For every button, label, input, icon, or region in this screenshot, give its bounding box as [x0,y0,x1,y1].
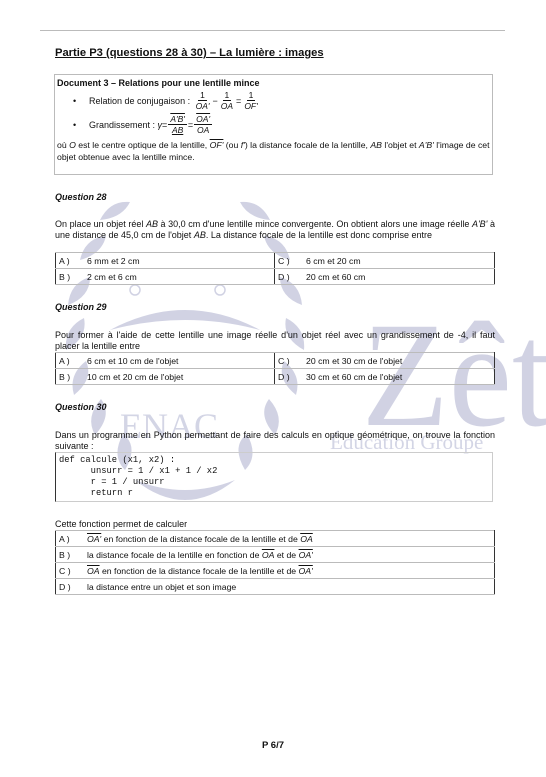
answer-row: A ) 6 mm et 2 cm C ) 6 cm et 20 cm [56,253,495,269]
answer-d-letter[interactable]: D ) [275,369,304,385]
answer-b-text[interactable]: 2 cm et 6 cm [84,269,275,285]
bullet-icon: • [73,120,89,130]
answer-row: B ) 10 cm et 20 cm de l'objet D ) 30 cm … [56,369,495,385]
document-3-box: Document 3 – Relations pour une lentille… [54,74,493,175]
answer-a-text[interactable]: 6 cm et 10 cm de l'objet [84,353,275,369]
answer-c-letter[interactable]: C ) [275,353,304,369]
question-28-text: On place un objet réel AB à 30,0 cm d'un… [55,219,495,241]
answer-c-letter[interactable]: C ) [56,563,85,579]
answer-row: C ) OA en fonction de la distance focale… [56,563,495,579]
answer-d-text[interactable]: 30 cm et 60 cm de l'objet [303,369,495,385]
answer-d-text[interactable]: 20 cm et 60 cm [303,269,495,285]
answer-c-letter[interactable]: C ) [275,253,304,269]
answer-a-letter[interactable]: A ) [56,253,85,269]
question-30-answers: A ) OA' en fonction de la distance focal… [55,530,495,595]
answer-d-letter[interactable]: D ) [275,269,304,285]
answer-a-text[interactable]: OA' en fonction de la distance focale de… [84,531,495,547]
grandissement-label: Grandissement : [89,120,155,130]
answer-a-letter[interactable]: A ) [56,353,85,369]
question-28-title: Question 28 [55,192,107,202]
document-title: Document 3 – Relations pour une lentille… [57,78,490,88]
answer-c-text[interactable]: 20 cm et 30 cm de l'objet [303,353,495,369]
answer-row: B ) 2 cm et 6 cm D ) 20 cm et 60 cm [56,269,495,285]
question-29-title: Question 29 [55,302,107,312]
question-30-title: Question 30 [55,402,107,412]
top-rule [40,30,505,31]
answer-row: B ) la distance focale de la lentille en… [56,547,495,563]
answer-b-text[interactable]: la distance focale de la lentille en fon… [84,547,495,563]
question-29-text: Pour former à l'aide de cette lentille u… [55,330,495,352]
answer-c-text[interactable]: OA en fonction de la distance focale de … [84,563,495,579]
question-30-text: Dans un programme en Python permettant d… [55,430,495,452]
grandissement-relation: • Grandissement : γ = A'B'AB = OA'OA [73,114,490,136]
answer-d-letter[interactable]: D ) [56,579,85,595]
document-note: où O est le centre optique de la lentill… [57,139,490,163]
answer-row: A ) 6 cm et 10 cm de l'objet C ) 20 cm e… [56,353,495,369]
answer-b-text[interactable]: 10 cm et 20 cm de l'objet [84,369,275,385]
conjugaison-label: Relation de conjugaison : [89,96,190,106]
answer-row: D ) la distance entre un objet et son im… [56,579,495,595]
conjugaison-relation: • Relation de conjugaison : 1OA' − 1OA =… [73,90,490,112]
question-29-answers: A ) 6 cm et 10 cm de l'objet C ) 20 cm e… [55,352,495,385]
answer-c-text[interactable]: 6 cm et 20 cm [303,253,495,269]
answer-row: A ) OA' en fonction de la distance focal… [56,531,495,547]
answer-a-letter[interactable]: A ) [56,531,85,547]
section-title: Partie P3 (questions 28 à 30) – La lumiè… [55,47,324,59]
python-code-block: def calcule (x1, x2) : unsurr = 1 / x1 +… [55,452,493,502]
question-30-prompt: Cette fonction permet de calculer [55,519,495,530]
question-28-answers: A ) 6 mm et 2 cm C ) 6 cm et 20 cm B ) 2… [55,252,495,285]
answer-d-text[interactable]: la distance entre un objet et son image [84,579,495,595]
answer-b-letter[interactable]: B ) [56,269,85,285]
answer-a-text[interactable]: 6 mm et 2 cm [84,253,275,269]
page-number: P 6/7 [0,740,546,751]
answer-b-letter[interactable]: B ) [56,547,85,563]
bullet-icon: • [73,96,89,106]
answer-b-letter[interactable]: B ) [56,369,85,385]
